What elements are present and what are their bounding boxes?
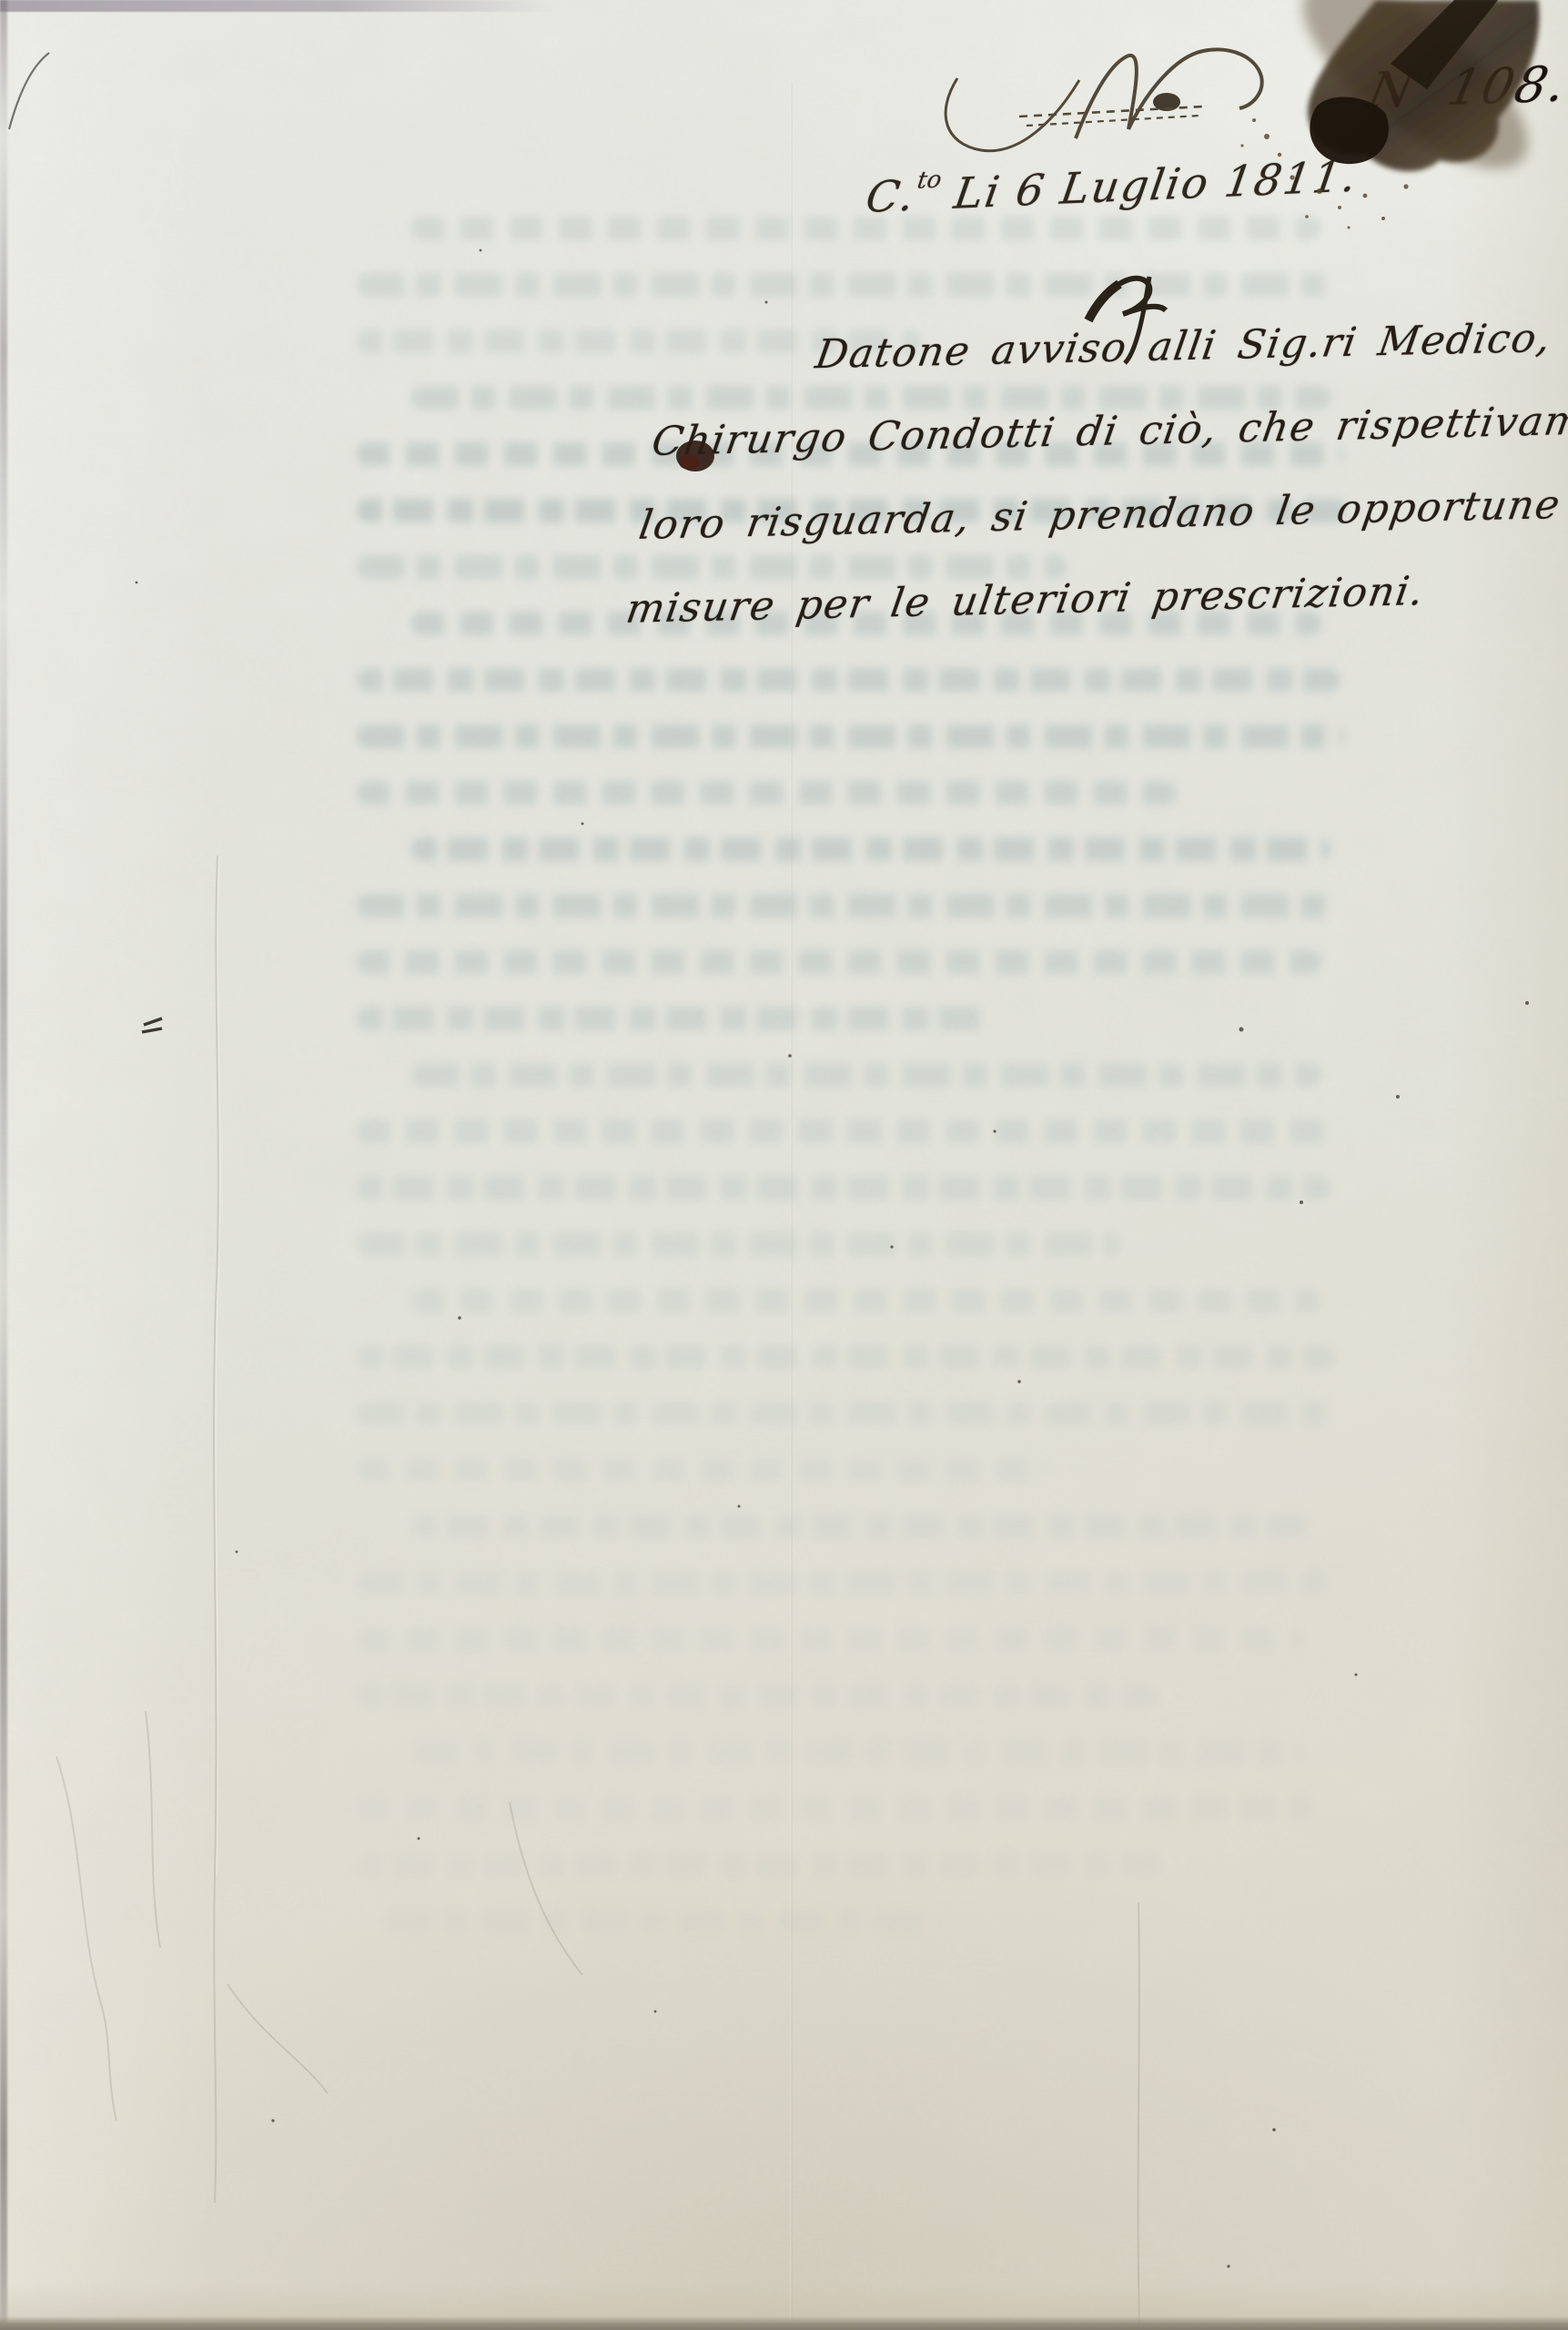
dateline: C.to Li 6 Luglio 1811.: [863, 148, 1361, 223]
bleedthrough-line: [357, 1797, 1312, 1820]
scan-edge-left: [0, 0, 7, 2330]
bleedthrough-line: [357, 1853, 1176, 1877]
bleedthrough-line: [411, 1063, 1321, 1087]
bleedthrough-line: [411, 837, 1330, 861]
paper-speck: [236, 1551, 238, 1554]
archival-number-letter: N: [1363, 60, 1421, 119]
bleedthrough-line: [411, 1289, 1321, 1312]
bleedthrough-line: [357, 1345, 1335, 1369]
paper-speck: [1396, 1095, 1400, 1099]
bleedthrough-line: [357, 1684, 1158, 1707]
manuscript-page: C.to Li 6 Luglio 1811. No 108. Datone av…: [0, 0, 1568, 2330]
bleedthrough-line: [357, 1119, 1340, 1143]
bleedthrough-line: [357, 1627, 1303, 1651]
archival-number: No 108.: [1363, 56, 1568, 119]
bleedthrough-line: [357, 781, 1176, 805]
bleedthrough-line: [411, 1740, 1303, 1764]
bleedthrough-line: [357, 894, 1340, 917]
paper-left-light-band: [0, 0, 218, 2330]
crossed-out-number-flourish: [946, 49, 1262, 150]
dateline-prefix: C.: [863, 171, 919, 223]
bleedthrough-line: [357, 950, 1321, 974]
paper-speck: [1227, 2264, 1229, 2267]
paper-bottom-edge: [0, 2316, 1568, 2330]
bleedthrough-line: [384, 1910, 930, 1933]
bleedthrough-line: [357, 1176, 1330, 1200]
bleedthrough-line: [357, 1232, 1121, 1256]
dateline-text: Li 6 Luglio 1811.: [936, 152, 1361, 220]
bleedthrough-line: [357, 1458, 1048, 1482]
scan-edge-top: [0, 0, 555, 12]
bleedthrough-line: [357, 1402, 1340, 1425]
bleedthrough-line: [357, 1571, 1330, 1595]
annotation-text: Datone avviso alli Sig.ri Medico, e Chir…: [620, 294, 1568, 652]
bleedthrough-line: [357, 1007, 994, 1030]
paper-bottom-fade: [0, 2283, 1568, 2321]
bleedthrough-line: [411, 1514, 1312, 1538]
bleedthrough-line: [357, 273, 1340, 297]
paper-speck: [654, 2011, 657, 2013]
archival-number-value: 108.: [1425, 56, 1568, 117]
bleedthrough-line: [357, 668, 1340, 692]
paper-speck: [271, 2119, 274, 2122]
bleedthrough-line: [357, 724, 1344, 748]
paper-speck: [1272, 2128, 1276, 2132]
